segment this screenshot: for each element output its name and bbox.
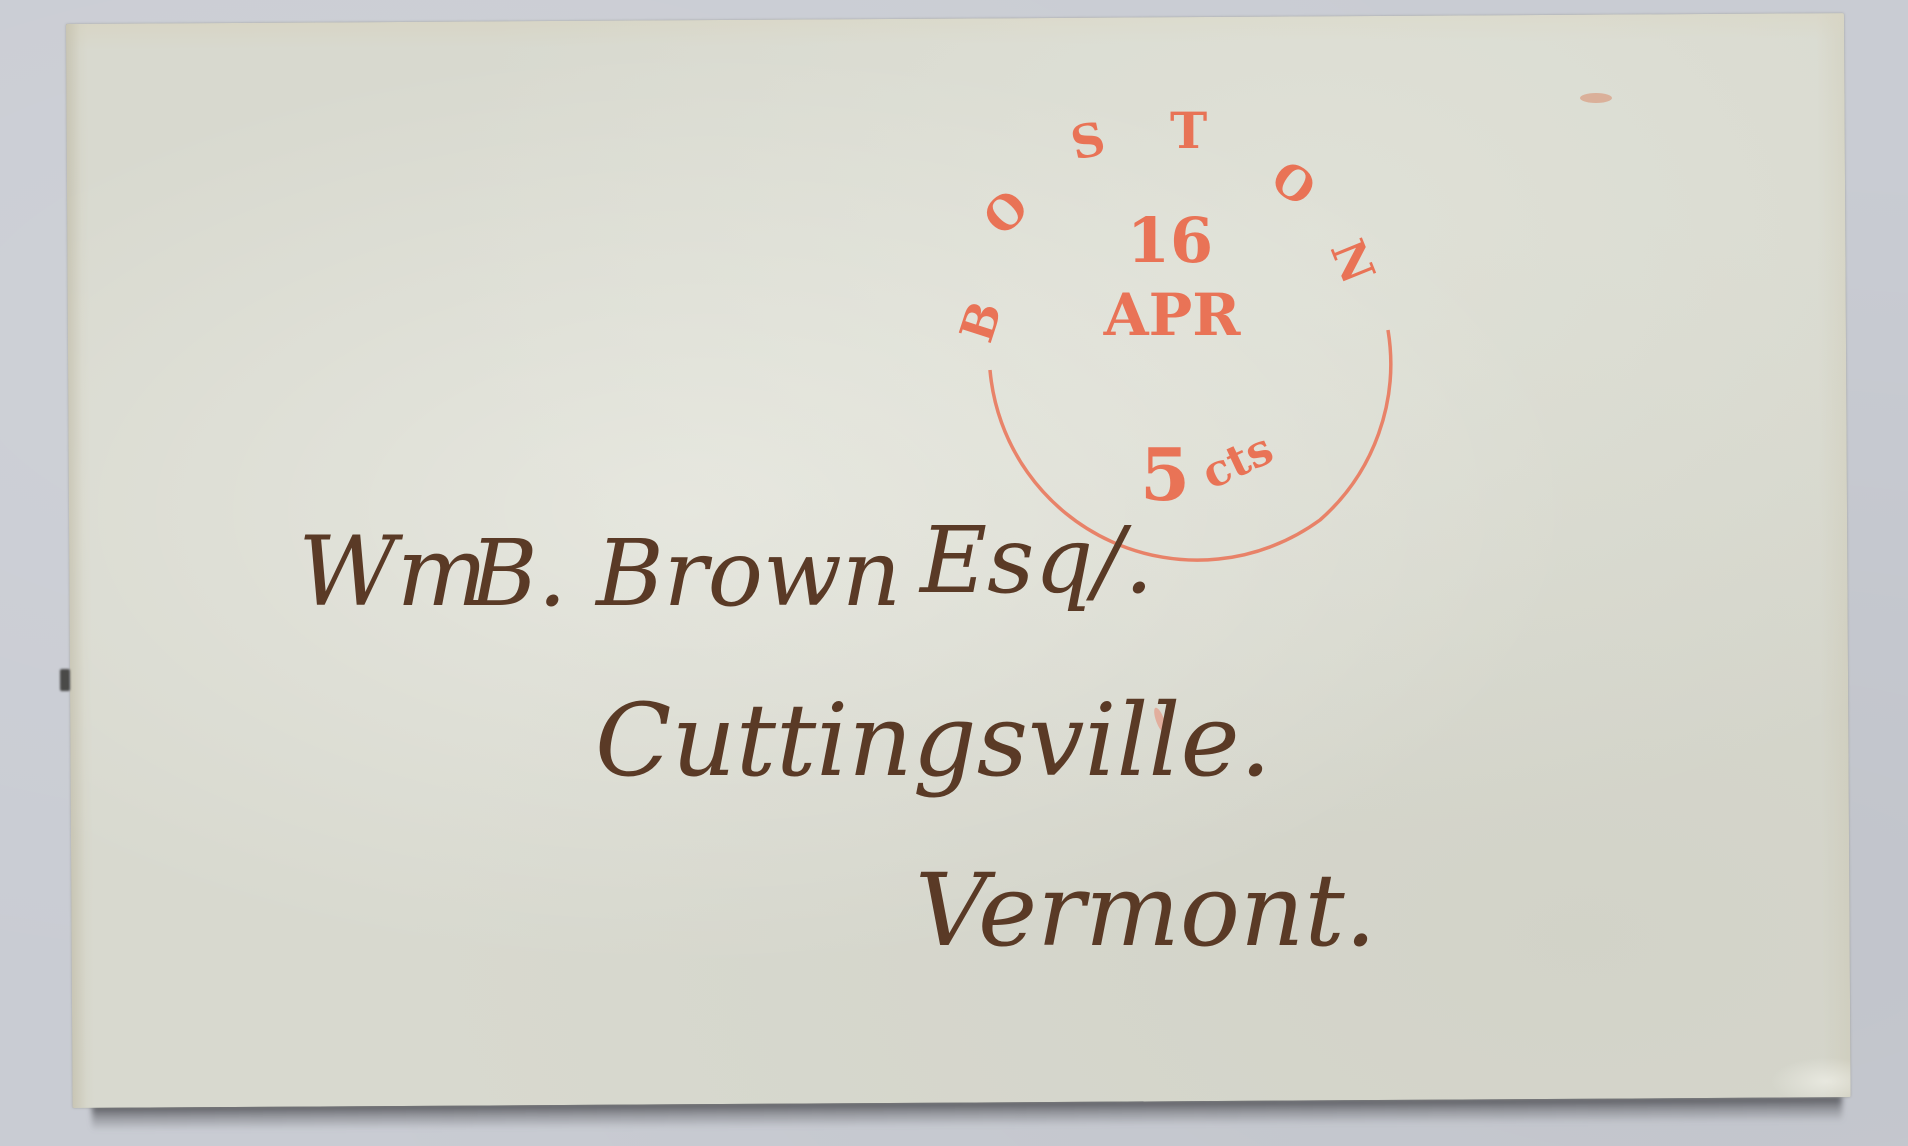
address-name: B. Brown bbox=[468, 520, 901, 627]
postmark-rate-unit: cts bbox=[1194, 423, 1281, 500]
postmark-letter: B bbox=[949, 295, 1012, 349]
markings-layer: B O S T O N 16 APR 5 cts Wm B. Brown Esq… bbox=[0, 0, 1908, 1146]
postmark-month: APR bbox=[1103, 281, 1242, 349]
address-suffix: Esq/. bbox=[918, 507, 1154, 614]
postmark-rate: 5 bbox=[1140, 432, 1190, 517]
postmark-letter: S bbox=[1066, 111, 1110, 171]
address-town: Cuttingsville. bbox=[595, 682, 1271, 799]
postmark-letter: T bbox=[1170, 101, 1207, 160]
red-stain-mark bbox=[1580, 93, 1612, 103]
address-block: Wm B. Brown Esq/. Cuttingsville. Vermont… bbox=[298, 507, 1376, 969]
postmark-letter: O bbox=[973, 179, 1040, 246]
address-name-prefix: Wm bbox=[298, 516, 488, 628]
postmark-letter: O bbox=[1262, 150, 1326, 217]
address-state: Vermont. bbox=[915, 852, 1376, 969]
postmark-letter: N bbox=[1320, 232, 1386, 291]
postmark: B O S T O N 16 APR 5 cts bbox=[949, 101, 1391, 560]
photo-scene: B O S T O N 16 APR 5 cts Wm B. Brown Esq… bbox=[0, 0, 1908, 1146]
postmark-day: 16 bbox=[1127, 204, 1213, 277]
